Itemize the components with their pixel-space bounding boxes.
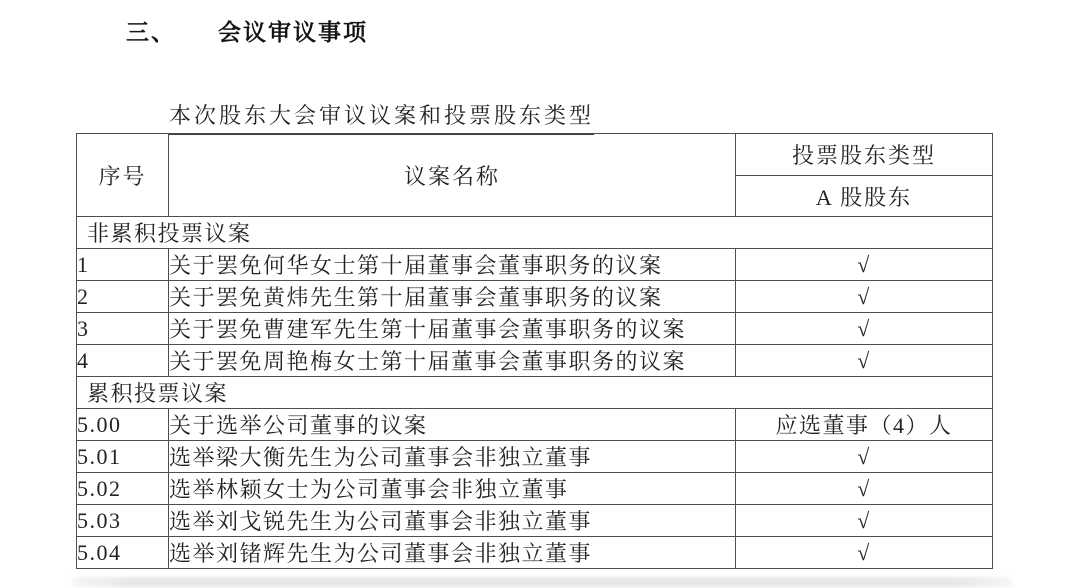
row-proposal-name: 关于选举公司董事的议案 [169,409,736,441]
section-row-label: 非累积投票议案 [77,217,993,249]
section-row-label: 累积投票议案 [77,377,993,409]
row-seq: 2 [77,281,169,313]
header-row-top: 序号 议案名称 投票股东类型 [77,134,993,176]
row-vote-mark: √ [736,249,993,281]
row-vote-mark: √ [736,473,993,505]
document-page: 三、会议审议事项 本次股东大会审议议案和投票股东类型 序号 议案名称 投票股东类… [0,0,1080,588]
row-proposal-name: 选举林颖女士为公司董事会非独立董事 [169,473,736,505]
row-proposal-name: 选举梁大衡先生为公司董事会非独立董事 [169,441,736,473]
col-header-a-share: A 股股东 [736,176,993,217]
section-heading: 三、会议审议事项 [126,14,368,47]
table-row: 5.02 选举林颖女士为公司董事会非独立董事 √ [77,473,993,505]
row-seq: 5.00 [77,409,169,441]
table-row: 5.03 选举刘戈锐先生为公司董事会非独立董事 √ [77,505,993,537]
row-vote-mark: √ [736,345,993,377]
next-row-shadow [72,577,1012,587]
col-header-proposal-name: 议案名称 [169,134,736,217]
table-caption: 本次股东大会审议议案和投票股东类型 [169,99,594,135]
row-vote-mark: √ [736,537,993,569]
row-vote-note: 应选董事（4）人 [736,409,993,441]
table-row: 5.04 选举刘锗辉先生为公司董事会非独立董事 √ [77,537,993,569]
row-proposal-name: 关于罢免周艳梅女士第十届董事会董事职务的议案 [169,345,736,377]
row-vote-mark: √ [736,281,993,313]
row-seq: 5.04 [77,537,169,569]
col-header-seq: 序号 [77,134,169,217]
row-seq: 3 [77,313,169,345]
row-seq: 5.02 [77,473,169,505]
table-row: 1 关于罢免何华女士第十届董事会董事职务的议案 √ [77,249,993,281]
row-seq: 5.01 [77,441,169,473]
row-proposal-name: 关于罢免何华女士第十届董事会董事职务的议案 [169,249,736,281]
section-number: 三、 [126,14,176,47]
row-seq: 1 [77,249,169,281]
table-row: 5.00 关于选举公司董事的议案 应选董事（4）人 [77,409,993,441]
proposals-table: 序号 议案名称 投票股东类型 A 股股东 非累积投票议案 1 关于罢免何华女士第… [76,133,993,569]
table-row: 2 关于罢免黄炜先生第十届董事会董事职务的议案 √ [77,281,993,313]
section-row-noncumulative: 非累积投票议案 [77,217,993,249]
table-row: 5.01 选举梁大衡先生为公司董事会非独立董事 √ [77,441,993,473]
row-vote-mark: √ [736,505,993,537]
row-proposal-name: 关于罢免黄炜先生第十届董事会董事职务的议案 [169,281,736,313]
table-row: 4 关于罢免周艳梅女士第十届董事会董事职务的议案 √ [77,345,993,377]
col-header-voter-type: 投票股东类型 [736,134,993,176]
row-proposal-name: 选举刘锗辉先生为公司董事会非独立董事 [169,537,736,569]
section-title: 会议审议事项 [218,20,368,45]
row-proposal-name: 选举刘戈锐先生为公司董事会非独立董事 [169,505,736,537]
row-vote-mark: √ [736,441,993,473]
row-vote-mark: √ [736,313,993,345]
row-seq: 5.03 [77,505,169,537]
table-row: 3 关于罢免曹建军先生第十届董事会董事职务的议案 √ [77,313,993,345]
row-proposal-name: 关于罢免曹建军先生第十届董事会董事职务的议案 [169,313,736,345]
row-seq: 4 [77,345,169,377]
section-row-cumulative: 累积投票议案 [77,377,993,409]
